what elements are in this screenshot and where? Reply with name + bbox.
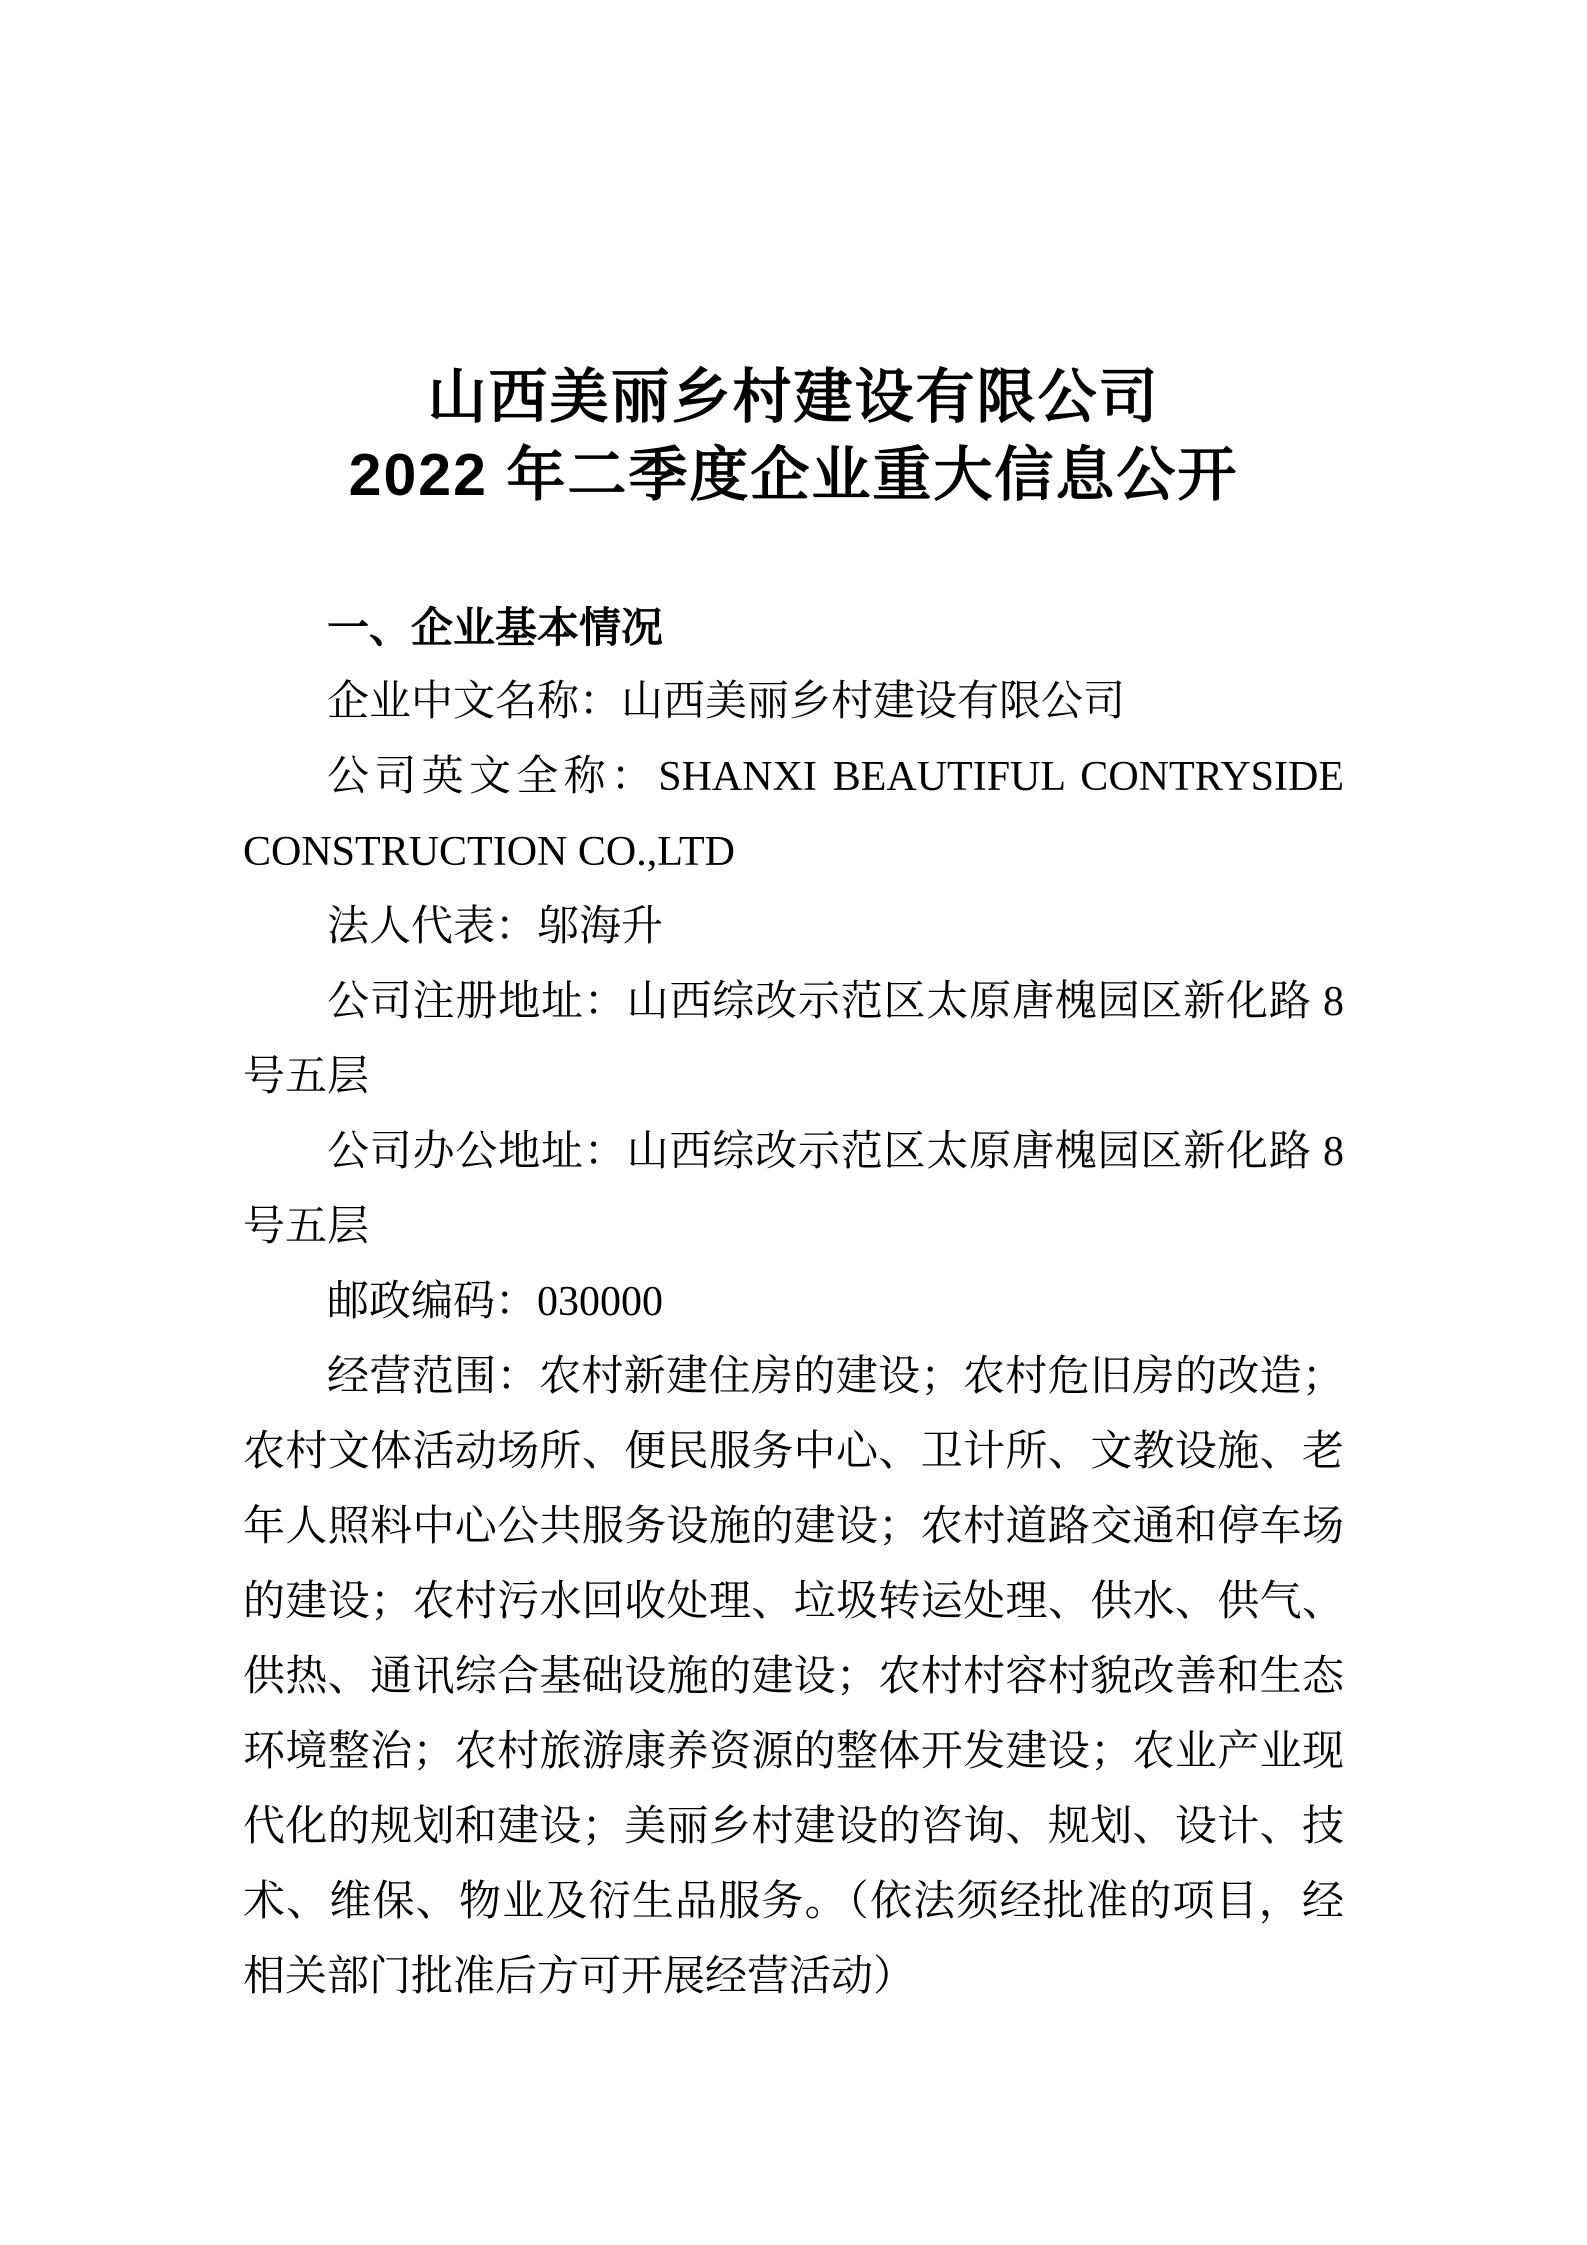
paragraph-company-name-en: 公司英文全称：SHANXI BEAUTIFUL CONTRYSIDE CONST… (243, 740, 1344, 890)
paragraph-company-name-cn: 企业中文名称：山西美丽乡村建设有限公司 (243, 665, 1344, 740)
paragraph-legal-representative: 法人代表：邬海升 (243, 890, 1344, 965)
document-title-line-2: 2022 年二季度企业重大信息公开 (0, 436, 1587, 514)
paragraph-office-address: 公司办公地址：山西综改示范区太原唐槐园区新化路 8 号五层 (243, 1115, 1344, 1265)
document-title-line-1: 山西美丽乡村建设有限公司 (0, 358, 1587, 436)
paragraph-postal-code: 邮政编码：030000 (243, 1265, 1344, 1340)
section-heading-basic-info: 一、企业基本情况 (243, 590, 1344, 665)
paragraph-registered-address: 公司注册地址：山西综改示范区太原唐槐园区新化路 8 号五层 (243, 965, 1344, 1115)
document-page: 山西美丽乡村建设有限公司 2022 年二季度企业重大信息公开 一、企业基本情况 … (0, 0, 1587, 2245)
document-body: 一、企业基本情况 企业中文名称：山西美丽乡村建设有限公司 公司英文全称：SHAN… (243, 590, 1344, 2015)
document-title-block: 山西美丽乡村建设有限公司 2022 年二季度企业重大信息公开 (0, 0, 1587, 514)
paragraph-business-scope: 经营范围：农村新建住房的建设；农村危旧房的改造；农村文体活动场所、便民服务中心、… (243, 1340, 1344, 2015)
